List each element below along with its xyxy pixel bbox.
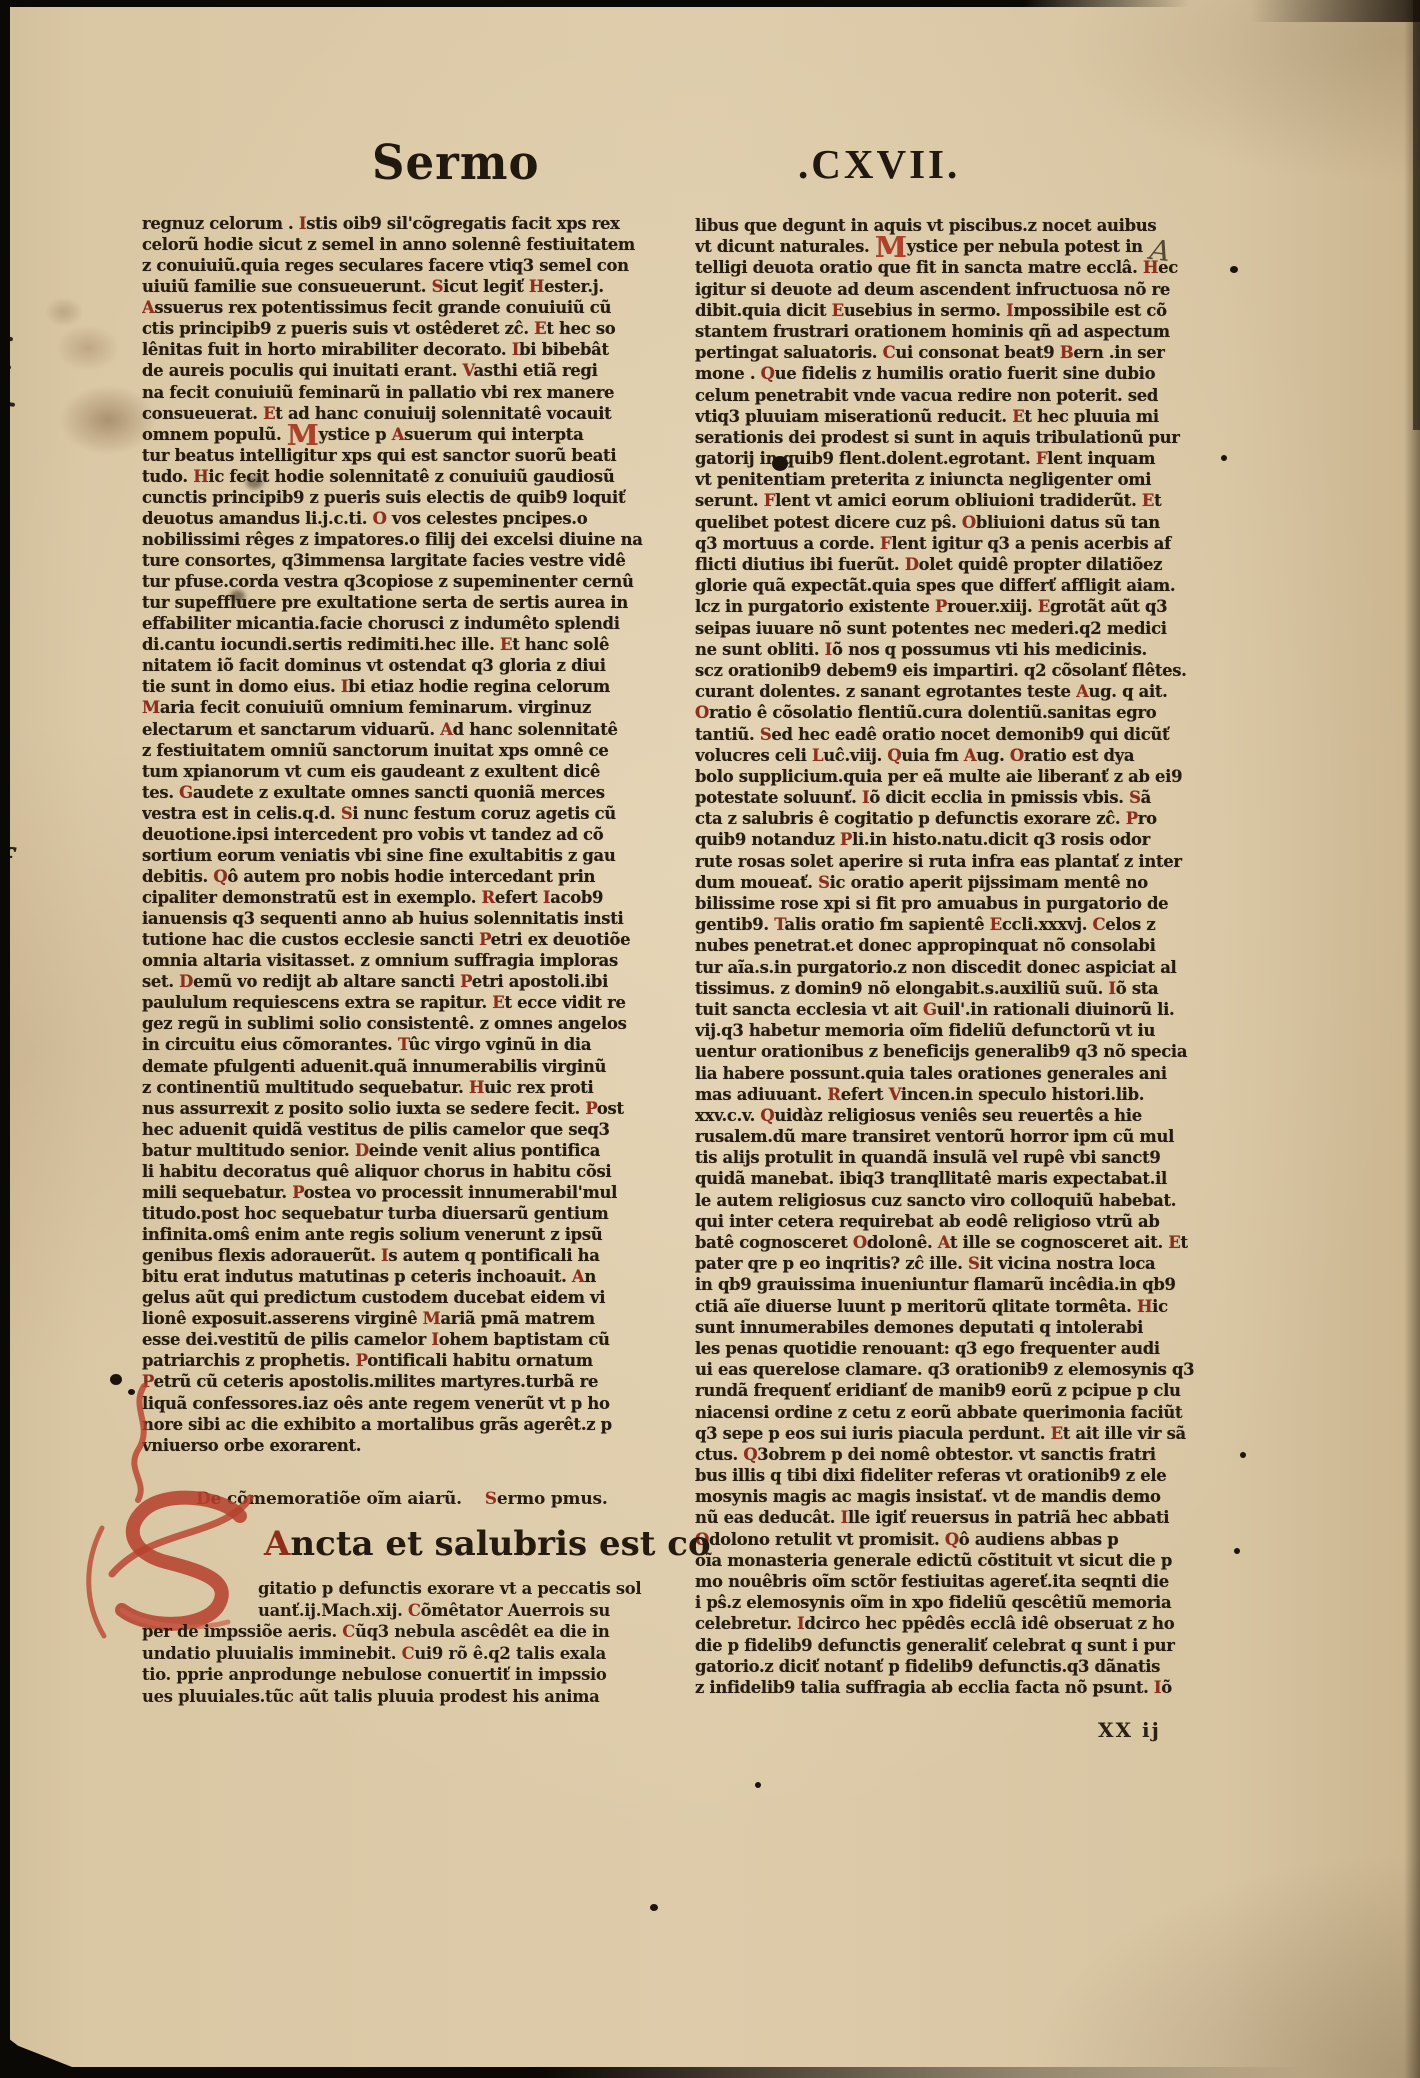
text-line: rundã frequenť eridianť de manib9 eorũ z… [695, 1380, 1242, 1401]
text-line: cunctis principib9 z pueris suis electis… [142, 487, 674, 508]
text-line: consueuerat. Et ad hanc conuiuij solenni… [142, 403, 674, 424]
rubricated-letter: G [923, 1000, 937, 1019]
rubricated-letter: M [142, 698, 160, 717]
text-line: nus assurrexit z posito solio iuxta se s… [142, 1098, 674, 1119]
rubricated-letter: I [841, 1508, 848, 1527]
incipit-large-line: Ancta et salubris est co [264, 1524, 711, 1564]
text-line: gez regũ in sublimi solio consistentê. z… [142, 1013, 674, 1034]
text-line: stantem frustrari orationem hominis qñ a… [695, 321, 1242, 342]
rubricated-letter: C [883, 343, 896, 362]
rubricated-letter: I [797, 1614, 804, 1633]
text-line: tur aĩa.s.in purgatorio.z non discedit d… [695, 957, 1242, 978]
folio-number: .CXVII. [798, 140, 960, 188]
text-line: quib9 notanduz Pli.in histo.natu.dicit q… [695, 829, 1242, 850]
rubricated-letter: V [463, 361, 474, 380]
text-line: rusalem.dũ mare transiret ventorũ horror… [695, 1126, 1242, 1147]
text-line: set. Demũ vo redijt ab altare sancti Pet… [142, 971, 674, 992]
text-line: ctis principib9 z pueris suis vt ostêder… [142, 318, 674, 339]
rubricated-letter: A [1076, 682, 1088, 701]
rubricated-letter: A [440, 720, 452, 739]
text-line: le autem religiosus cuz sancto viro coll… [695, 1190, 1242, 1211]
rubricated-letter: S [1129, 788, 1141, 807]
text-line: serationis dei prodest si sunt in aquis … [695, 427, 1242, 448]
text-line: deuotione.ipsi intercedent pro vobis vt … [142, 824, 674, 845]
rubricated-letter: S [818, 873, 830, 892]
text-line: flicti diutius ibi fuerũt. Dolet quidê p… [695, 554, 1242, 575]
rubricated-letter: E [492, 993, 504, 1012]
text-line: celum penetrabit vnde vacua redire non p… [695, 385, 1242, 406]
text-line: seipas iuuare nõ sunt potentes nec meder… [695, 618, 1242, 639]
text-line: mas adiuuant. Refert Vincen.in speculo h… [695, 1084, 1242, 1105]
text-line: qui inter cetera requirebat ab eodê reli… [695, 1211, 1242, 1232]
text-line: z conuiuiũ.quia reges seculares facere v… [142, 255, 674, 276]
rubricated-letter: C [342, 1622, 355, 1641]
text-line: vestra est in celis.q.d. Si nunc festum … [142, 803, 674, 824]
text-line: die p fidelib9 defunctis generaliť celeb… [695, 1635, 1242, 1656]
text-line: niacensi ordine z cetu z eorũ abbate que… [695, 1402, 1242, 1423]
text-line: Oratio ê cõsolatio flentiũ.cura dolentiũ… [695, 702, 1242, 723]
rubricated-letter: P [935, 597, 947, 616]
rubricated-letter: Q [761, 364, 775, 383]
rubricated-letter: E [832, 301, 844, 320]
rubricated-letter: E [1168, 1233, 1180, 1252]
rubricated-letter: I [862, 788, 869, 807]
ink-speck [650, 1904, 658, 1911]
rubricated-letter: O [373, 509, 387, 528]
text-line: Assuerus rex potentissimus fecit grande … [142, 297, 674, 318]
ink-speck [1230, 266, 1238, 273]
rubricated-letter: P [585, 1099, 597, 1118]
text-line: tur pfuse.corda vestra q3copiose z supem… [142, 571, 674, 592]
rubricated-letter: O [1010, 746, 1024, 765]
rubricated-letter: S [968, 1254, 980, 1273]
scan-corner-top-right [1250, 0, 1420, 22]
text-line: hec aduenit quidã vestitus de pilis came… [142, 1119, 674, 1140]
text-line: quelibet potest dicere cuz pŝ. Obliuioni… [695, 512, 1242, 533]
text-line: Odolono retulit vt promisit. Qô audiens … [695, 1529, 1242, 1550]
rubricated-letter: M [423, 1309, 441, 1328]
rubricated-letter: I [825, 640, 832, 659]
scan-edge-top [0, 0, 1190, 7]
rubricated-letter: I [341, 677, 348, 696]
rubricated-letter: A [392, 425, 404, 444]
text-line: esse dei.vestitũ de pilis camelor Iohem … [142, 1329, 674, 1350]
text-line: mone . Que fidelis z humilis oratio fuer… [695, 363, 1242, 384]
rubricated-letter: P [479, 930, 491, 949]
text-line: effabiliter micantia.facie chorusci z in… [142, 613, 674, 634]
rubricated-letter: I [299, 214, 306, 233]
text-line: titudo.post hoc sequebatur turba diuersa… [142, 1203, 674, 1224]
ink-speck [1240, 1452, 1246, 1458]
text-line: deuotus amandus li.j.c.ti. O vos celeste… [142, 508, 674, 529]
text-line: lionê exposuit.asserens virginê Mariã pm… [142, 1308, 674, 1329]
text-line: tissimus. z domin9 nõ elongabit.s.auxili… [695, 978, 1242, 999]
ink-smudge [230, 590, 245, 602]
rubricated-letter: O [853, 1233, 867, 1252]
incipit-full-lines: per de impssiõe aeris. Cũq3 nebula ascêd… [142, 1621, 674, 1707]
text-line: patriarchis z prophetis. Pontificali hab… [142, 1350, 674, 1371]
text-line: in qb9 grauissima inueniuntur flamarũ in… [695, 1274, 1242, 1295]
rubricated-letter: C [1093, 915, 1106, 934]
rubricated-letter: H [469, 1078, 484, 1097]
text-line: pater qre p eo inqritis? zĉ ille. Sit vi… [695, 1253, 1242, 1274]
text-line: gitatio p defunctis exorare vt a peccati… [258, 1578, 678, 1600]
text-line: nubes penetrat.et donec appropinquat nõ … [695, 935, 1242, 956]
rubricated-letter: E [990, 915, 1002, 934]
text-line: potestate soluunť. Iõ dicit ecclia in pm… [695, 787, 1242, 808]
rubricated-letter: E [534, 319, 546, 338]
text-line: sortium eorum veniatis vbi sine fine exu… [142, 845, 674, 866]
text-column-left: regnuz celorum . Istis oib9 sil'cõgregat… [142, 213, 674, 1456]
rubricated-letter: E [1051, 1424, 1063, 1443]
text-line: nũ eas deducât. Ille igiť reuersus in pa… [695, 1507, 1242, 1528]
rubricated-letter: I [543, 888, 550, 907]
text-line: celebretur. Idcirco hec ppêdês ecclâ idê… [695, 1613, 1242, 1634]
text-line: vij.q3 habetur memoria oĩm fideliũ defun… [695, 1020, 1242, 1041]
text-line: bitu erat indutus matutinas p ceteris in… [142, 1266, 674, 1287]
text-line: lia habere possunt.quia tales orationes … [695, 1063, 1242, 1084]
text-line: dibit.quia dicit Eusebius in sermo. Impo… [695, 300, 1242, 321]
rubricated-letter: H [529, 277, 544, 296]
rubricated-letter: A [964, 746, 976, 765]
text-line: mili sequebatur. Postea vo processit inn… [142, 1182, 674, 1203]
text-line: ctiã aĩe diuerse luunt p meritorũ qlitat… [695, 1296, 1242, 1317]
text-line: bilissime rose xpi si fit pro amuabus in… [695, 893, 1242, 914]
rubricated-letter: A [572, 1267, 584, 1286]
rubricated-letter: Q [887, 746, 901, 765]
text-line: glorie quã expectãt.quia spes que differ… [695, 575, 1242, 596]
rubricated-letter: I [1006, 301, 1013, 320]
rubricated-letter: P [1126, 809, 1138, 828]
text-line: curant dolentes. z sanant egrotantes tes… [695, 681, 1242, 702]
text-line: mo nouêbris oĩm sctõr festiuitas agereť.… [695, 1571, 1242, 1592]
text-line: les penas quotidie renouant: q3 ego freq… [695, 1338, 1242, 1359]
text-line: q3 mortuus a corde. Flent igitur q3 a pe… [695, 533, 1242, 554]
rubricated-letter: Q [945, 1530, 959, 1549]
ink-blot [772, 456, 788, 471]
rubricated-letter: F [880, 534, 891, 553]
text-line: oĩa monasteria generale edictũ cõstituit… [695, 1550, 1242, 1571]
page-edge-right-top [1413, 0, 1420, 430]
text-line: li habitu decoratus quê aliquor chorus i… [142, 1161, 674, 1182]
text-line: genibus flexis adorauerũt. Is autem q po… [142, 1245, 674, 1266]
text-line: per de impssiõe aeris. Cũq3 nebula ascêd… [142, 1621, 674, 1643]
text-line: de aureis poculis qui inuitati erant. Va… [142, 360, 674, 381]
rubricated-letter: Q [760, 1106, 774, 1125]
text-line: uentur orationibus z beneficijs generali… [695, 1041, 1242, 1062]
rubricated-letter: H [1137, 1297, 1152, 1316]
text-line: bus illis q tibi dixi fideliter referas … [695, 1465, 1242, 1486]
text-line: omnem populũ. Mystice p Asuerum qui inte… [142, 424, 674, 445]
text-line: paululum requiescens extra se rapitur. E… [142, 992, 674, 1013]
rubricated-letter: A [938, 1233, 950, 1252]
text-line: scz orationib9 debem9 eis impartiri. q2 … [695, 660, 1242, 681]
text-line: lênitas fuit in horto mirabiliter decora… [142, 339, 674, 360]
text-line: tes. Gaudete z exultate omnes sancti quo… [142, 782, 674, 803]
ink-speck [1221, 455, 1227, 461]
inline-lombard-initial: M [287, 424, 319, 445]
text-line: tie sunt in domo eius. Ibi etiaz hodie r… [142, 676, 674, 697]
text-line: serunt. Flent vt amici eorum obliuioni t… [695, 490, 1242, 511]
scan-edge-left [0, 0, 10, 2078]
text-line: ctus. Q3obrem p dei nomê obtestor. vt sa… [695, 1444, 1242, 1465]
rubricated-letter: F [764, 491, 775, 510]
incipit-indented-lines: gitatio p defunctis exorare vt a peccati… [258, 1578, 678, 1621]
text-line: celorũ hodie sicut z semel in anno solen… [142, 234, 674, 255]
rubricated-letter: G [179, 783, 193, 802]
text-line: regnuz celorum . Istis oib9 sil'cõgregat… [142, 213, 674, 234]
text-line: igitur si deuote ad deum ascendent infru… [695, 279, 1242, 300]
rubricated-letter: P [840, 830, 852, 849]
ink-speck [128, 1389, 135, 1395]
text-line: batur multitudo senior. Deinde venit ali… [142, 1140, 674, 1161]
text-line: tur beatus intelligitur xps qui est sanc… [142, 445, 674, 466]
rubricated-letter: D [905, 555, 919, 574]
rubricated-letter: S [341, 804, 353, 823]
rubricated-letter: E [263, 404, 275, 423]
text-line: lcz in purgatorio existente Prouer.xiij.… [695, 596, 1242, 617]
text-line: gelus aũt qui predictum custodem ducebat… [142, 1287, 674, 1308]
rubricated-letter: A [264, 1524, 290, 1564]
inline-lombard-initial: M [875, 236, 907, 257]
text-line: i pŝ.z elemosynis oĩm in xpo fideliũ qes… [695, 1592, 1242, 1613]
text-line: dum moueať. Sic oratio aperit pijssimam … [695, 872, 1242, 893]
text-line: ne sunt obliti. Iõ nos q possumus vti hi… [695, 639, 1242, 660]
text-line: Maria fecit conuiuiũ omnium feminarum. v… [142, 697, 674, 718]
ink-speck [755, 1782, 761, 1788]
text-line: omnia altaria visitasset. z omnium suffr… [142, 950, 674, 971]
rubricated-letter: I [381, 1246, 388, 1265]
rubricated-letter: P [292, 1183, 304, 1202]
rubricated-letter: I [1154, 1678, 1161, 1697]
text-line: in circuitu eius cõmorantes. Tûc virgo v… [142, 1034, 674, 1055]
ink-speck [110, 1374, 122, 1385]
text-line: xxv.c.v. Quidàz religiosus veniês seu re… [695, 1105, 1242, 1126]
rubricated-letter: E [1012, 407, 1024, 426]
text-line: cta z salubris ê cogitatio p defunctis e… [695, 808, 1242, 829]
rubricated-letter: R [482, 888, 495, 907]
text-line: infinita.omŝ enim ante regis solium vene… [142, 1224, 674, 1245]
rubricated-letter: D [355, 1141, 369, 1160]
text-line: tur supeffluere pre exultatione serta de… [142, 592, 674, 613]
text-line: ianuensis q3 sequenti anno ab huius sole… [142, 908, 674, 929]
rubricated-letter: I [431, 1330, 438, 1349]
text-line: tum xpianorum vt cum eis gaudeant z exul… [142, 761, 674, 782]
text-line: q3 sepe p eos sui iuris piacula perdunt.… [695, 1423, 1242, 1444]
rubricated-letter: V [889, 1085, 901, 1104]
rubricated-letter: S [760, 725, 772, 744]
rubricated-letter: R [827, 1085, 840, 1104]
text-line: nitatem iõ facit dominus vt ostendat q3 … [142, 655, 674, 676]
text-line: mosynis magis ac magis insistať. vt de m… [695, 1486, 1242, 1507]
text-line: sunt innumerabiles demones deputati q in… [695, 1317, 1242, 1338]
rubricated-letter: B [1060, 343, 1074, 362]
text-line: tuit sancta ecclesia vt ait Guil'.in rat… [695, 999, 1242, 1020]
text-line: tantiũ. Sed hec eadê oratio nocet demoni… [695, 724, 1242, 745]
text-line: ui eas querelose clamare. q3 orationib9 … [695, 1359, 1242, 1380]
rubricated-letter: I [512, 340, 519, 359]
text-line: z infidelib9 talia suffragia ab ecclia f… [695, 1677, 1242, 1698]
text-line: ues pluuiales.tũc aũt talis pluuia prode… [142, 1686, 674, 1708]
quire-signature: XX ij [1098, 1718, 1161, 1742]
rubricated-letter: P [356, 1351, 368, 1370]
ink-smudge [246, 476, 263, 489]
text-line: demate pfulgenti aduenit.quã innumerabil… [142, 1056, 674, 1077]
rubricated-letter: C [408, 1601, 421, 1620]
text-line: tis alijs protulit in quandã insulã vel … [695, 1147, 1242, 1168]
rubricated-letter: E [1142, 491, 1154, 510]
rubricated-letter: Q [743, 1445, 757, 1464]
rubricated-letter: F [1036, 449, 1047, 468]
book-page-scan: Sermo .CXVII. regnuz celorum . Istis oib… [0, 0, 1420, 2078]
rubricated-letter: L [812, 746, 823, 765]
rubricated-letter: T [774, 915, 784, 934]
rubricated-letter: I [1108, 979, 1115, 998]
text-line: tio. pprie anprodunge nebulose conuertiť… [142, 1664, 674, 1686]
text-line: di.cantu iocundi.sertis redimiti.hec ill… [142, 634, 674, 655]
text-line: vtiq3 pluuiam miserationũ reducit. Et he… [695, 406, 1242, 427]
rubricated-letter: H [193, 467, 208, 486]
rubricated-letter: E [1038, 597, 1050, 616]
rubricated-letter: E [500, 635, 512, 654]
text-line: quidã manebat. ibiq3 tranqllitatê maris … [695, 1168, 1242, 1189]
rubricated-letter: T [398, 1035, 409, 1054]
rubricated-letter: Q [213, 867, 227, 886]
text-line: tudo. Hic fecit hodie solennitatê z conu… [142, 466, 674, 487]
rubricated-letter: C [402, 1644, 415, 1663]
text-line: vt penitentiam preterita z iniuncta negl… [695, 469, 1242, 490]
ink-speck [1234, 1548, 1240, 1554]
text-line: uiuiũ familie sue consueuerunt. Sicut le… [142, 276, 674, 297]
text-line: pertingat saluatoris. Cui consonat beat9… [695, 342, 1242, 363]
text-line: electarum et sanctarum viduarũ. Ad hanc … [142, 719, 674, 740]
text-line: cipaliter demonstratũ est in exemplo. Re… [142, 887, 674, 908]
text-line: gatorio.z diciť notanť p fidelib9 defunc… [695, 1656, 1242, 1677]
running-title: Sermo [372, 134, 539, 190]
text-line: z continentiũ multitudo sequebatur. Huic… [142, 1077, 674, 1098]
text-line: batê cognosceret Odolonê. At ille se cog… [695, 1232, 1242, 1253]
text-column-right: libus que degunt in aquis vt piscibus.z … [695, 215, 1242, 1698]
text-line: nobilissimi rêges z impatores.o filij de… [142, 529, 674, 550]
rubricated-letter: S [432, 277, 444, 296]
text-line: ture consortes, q3immensa largitate faci… [142, 550, 674, 571]
rubricated-letter: O [962, 513, 976, 532]
text-line: undatio pluuialis imminebit. Cui9 rõ ê.q… [142, 1643, 674, 1665]
text-line: uanť.ij.Mach.xij. Cõmêtator Auerrois su [258, 1600, 678, 1622]
rubricated-letter: A [142, 298, 154, 317]
text-line: debitis. Qô autem pro nobis hodie interc… [142, 866, 674, 887]
scan-edge-bottom [0, 2067, 1420, 2078]
text-line: z festiuitatem omniũ sanctorum inuitat x… [142, 740, 674, 761]
text-line: na fecit conuiuiũ feminarũ in pallatio v… [142, 382, 674, 403]
rubricated-letter: D [179, 972, 193, 991]
text-line: gentib9. Talis oratio fm sapientê Eccli.… [695, 914, 1242, 935]
text-line: tutione hac die custos ecclesie sancti P… [142, 929, 674, 950]
text-line: volucres celi Luĉ.viij. Quia fm Aug. Ora… [695, 745, 1242, 766]
handwritten-margin-note: A [1148, 233, 1172, 268]
rubricated-letter: O [695, 703, 709, 722]
rubricated-letter: S [485, 1489, 497, 1509]
text-line: rute rosas solet aperire si ruta infra e… [695, 851, 1242, 872]
text-line: bolo supplicium.quia per eã multe aie li… [695, 766, 1242, 787]
rubricated-letter: P [460, 972, 472, 991]
